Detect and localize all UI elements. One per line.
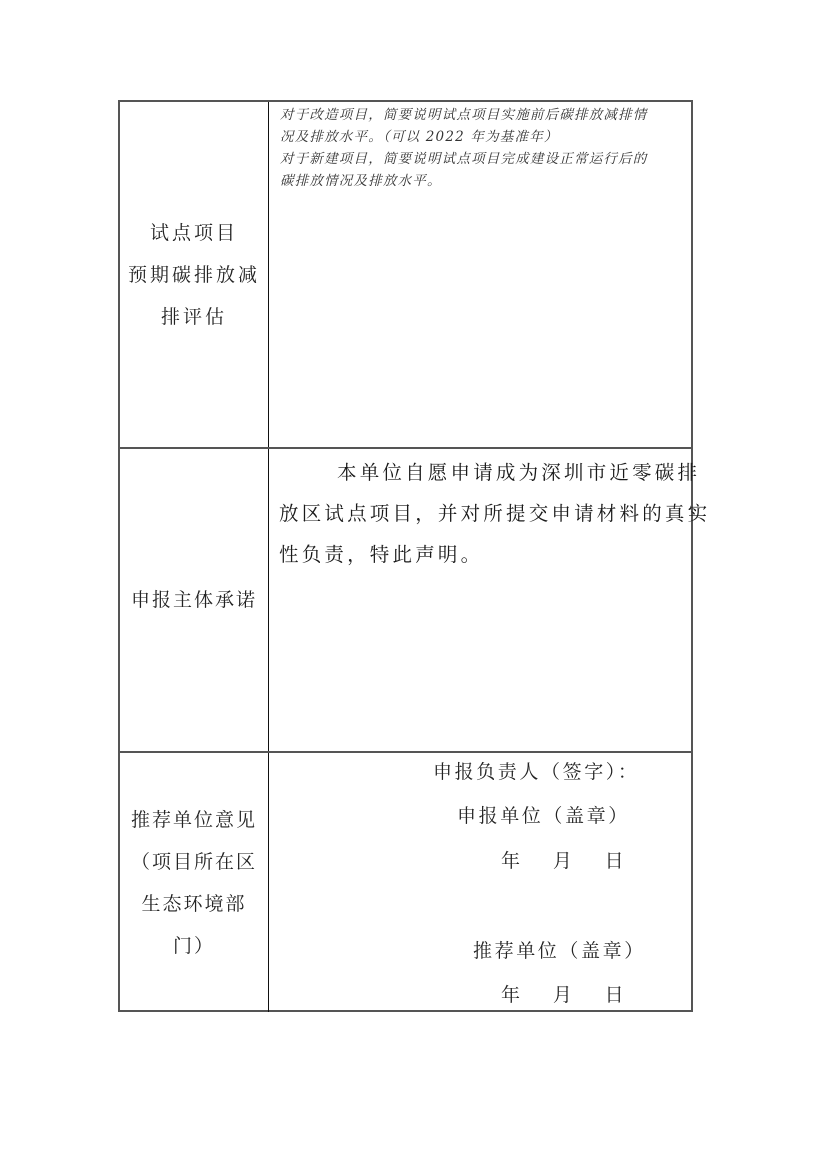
recommending-unit-seal[interactable]: 推荐单位（盖章） — [473, 936, 646, 963]
applicant-pledge-field: 本单位自愿申请成为深圳市近零碳排 放区试点项目，并对所提交申请材料的真实 性负责… — [269, 449, 691, 751]
row-carbon-assessment: 试点项目 预期碳排放减 排评估 对于改造项目，简要说明试点项目实施前后碳排放减排… — [120, 102, 691, 449]
label-line: 试点项目 — [150, 212, 238, 254]
applicant-pledge-label: 申报主体承诺 — [120, 449, 268, 751]
recommending-opinion-field[interactable]: 推荐单位（盖章） 年 月 日 — [269, 753, 691, 1012]
label-line: 推荐单位意见 — [131, 799, 257, 841]
hint-line: 对于改造项目，简要说明试点项目实施前后碳排放减排情 — [280, 104, 683, 126]
hint-line: 对于新建项目，简要说明试点项目完成建设正常运行后的 — [280, 148, 683, 170]
pledge-line: 本单位自愿申请成为深圳市近零碳排 — [279, 452, 683, 493]
carbon-assessment-label: 试点项目 预期碳排放减 排评估 — [120, 102, 268, 447]
label-line: 预期碳排放减 — [128, 254, 260, 296]
pledge-line: 性负责，特此声明。 — [279, 534, 683, 575]
recommending-date[interactable]: 年 月 日 — [501, 980, 626, 1007]
carbon-assessment-hint: 对于改造项目，简要说明试点项目实施前后碳排放减排情 况及排放水平。（可以 202… — [269, 102, 691, 192]
pledge-statement: 本单位自愿申请成为深圳市近零碳排 放区试点项目，并对所提交申请材料的真实 性负责… — [269, 452, 691, 575]
pledge-line: 放区试点项目，并对所提交申请材料的真实 — [279, 493, 683, 534]
label-line: 排评估 — [161, 296, 227, 338]
label-line: 生态环境部 — [141, 883, 246, 925]
label-line: 门） — [173, 925, 215, 967]
recommending-opinion-label: 推荐单位意见 （项目所在区 生态环境部 门） — [120, 753, 268, 1012]
carbon-assessment-field[interactable]: 对于改造项目，简要说明试点项目实施前后碳排放减排情 况及排放水平。（可以 202… — [269, 102, 691, 447]
row-applicant-pledge: 申报主体承诺 本单位自愿申请成为深圳市近零碳排 放区试点项目，并对所提交申请材料… — [120, 449, 691, 753]
hint-line: 碳排放情况及排放水平。 — [280, 170, 683, 192]
label-line: 申报主体承诺 — [131, 579, 257, 621]
application-form-table: 试点项目 预期碳排放减 排评估 对于改造项目，简要说明试点项目实施前后碳排放减排… — [118, 100, 693, 1012]
hint-line: 况及排放水平。（可以 2022 年为基准年） — [280, 126, 683, 148]
label-line: （项目所在区 — [131, 841, 257, 883]
row-recommending-opinion: 推荐单位意见 （项目所在区 生态环境部 门） 推荐单位（盖章） 年 月 日 — [120, 753, 691, 1012]
